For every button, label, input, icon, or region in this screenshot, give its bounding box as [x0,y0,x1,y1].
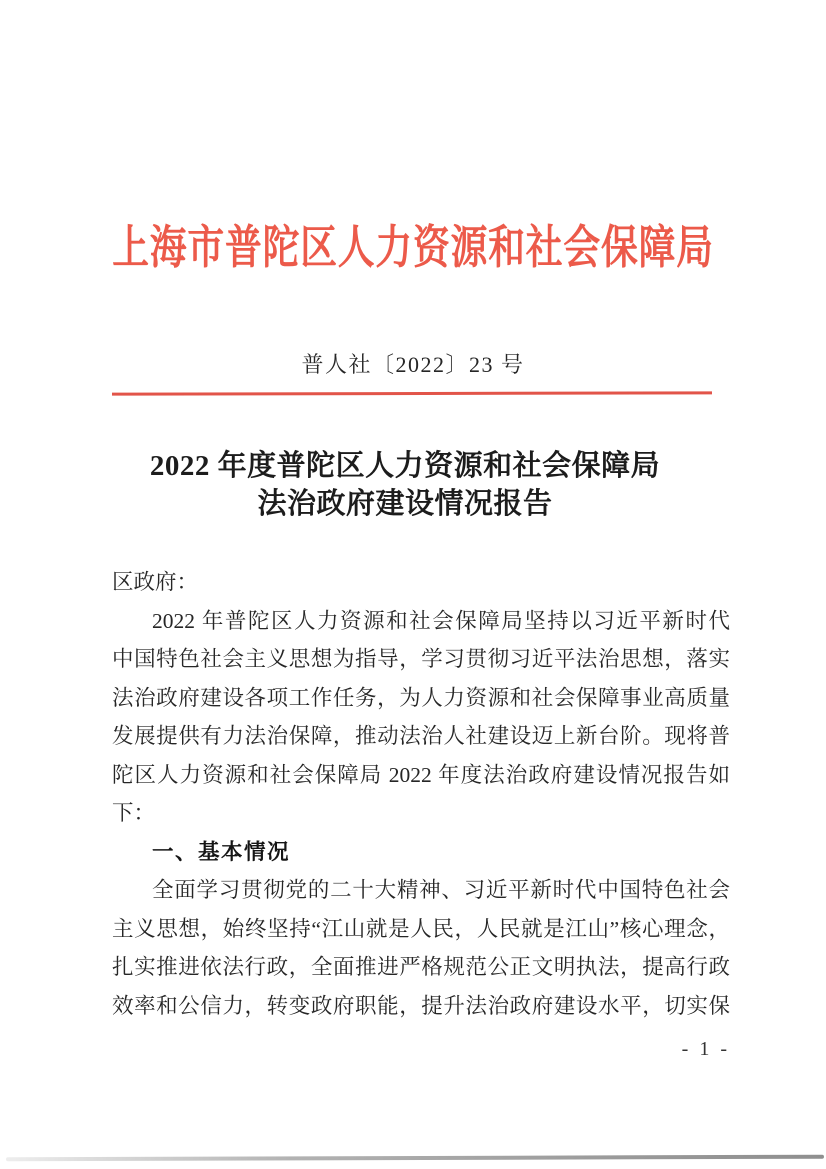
body-line: 陀区人力资源和社会保障局 2022 年度法治政府建设情况报告如 [112,756,730,795]
document-title-line1: 2022 年度普陀区人力资源和社会保障局 [96,447,714,485]
body-line: 2022 年普陀区人力资源和社会保障局坚持以习近平新时代 [112,602,730,641]
document-title: 2022 年度普陀区人力资源和社会保障局 法治政府建设情况报告 [96,447,714,523]
document-number: 普人社〔2022〕23 号 [0,352,826,378]
body-line: 全面学习贯彻党的二十大精神、习近平新时代中国特色社会 [112,871,730,910]
scanned-document-page: 上海市普陀区人力资源和社会保障局 普人社〔2022〕23 号 2022 年度普陀… [0,0,826,1169]
body-line: 发展提供有力法治保障，推动法治人社建设迈上新台阶。现将普 [112,717,730,756]
document-body: 区政府： 2022 年普陀区人力资源和社会保障局坚持以习近平新时代 中国特色社会… [112,563,730,1025]
body-line: 效率和公信力，转变政府职能，提升法治政府建设水平，切实保 [112,987,730,1026]
letterhead-title: 上海市普陀区人力资源和社会保障局 [83,223,744,273]
body-line: 下： [112,794,730,833]
section-heading: 一、基本情况 [112,833,730,872]
body-line: 主义思想，始终坚持“江山就是人民，人民就是江山”核心理念， [112,910,730,949]
salutation-line: 区政府： [112,563,730,602]
page-number: - 1 - [0,1037,730,1061]
scan-edge-shadow [6,1155,824,1162]
document-title-line2: 法治政府建设情况报告 [96,485,714,523]
body-line: 法治政府建设各项工作任务，为人力资源和社会保障事业高质量 [112,679,730,718]
body-line: 扎实推进依法行政，全面推进严格规范公正文明执法，提高行政 [112,948,730,987]
body-line: 中国特色社会主义思想为指导，学习贯彻习近平法治思想，落实 [112,640,730,679]
red-divider-line [112,391,712,395]
